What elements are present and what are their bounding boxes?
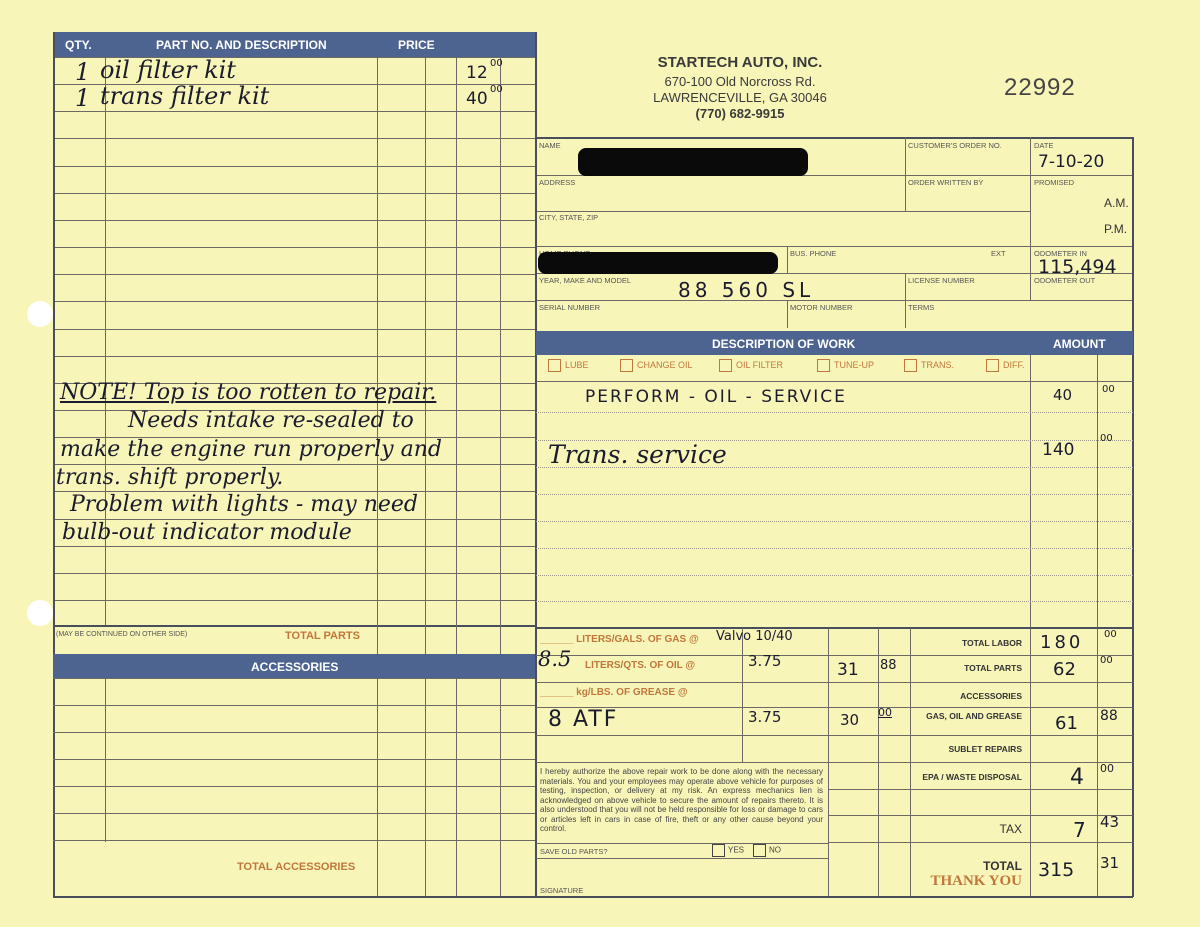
oil-rate: 3.75 bbox=[748, 652, 781, 670]
grid-line bbox=[53, 356, 535, 357]
gas-label: ______ LITERS/GALS. OF GAS @ bbox=[540, 634, 699, 645]
parts-header-bar: QTY. PART NO. AND DESCRIPTION PRICE bbox=[53, 32, 535, 57]
grand-total-dollars: 315 bbox=[1038, 859, 1074, 881]
grid-line bbox=[1097, 628, 1098, 896]
grid-line bbox=[53, 274, 535, 275]
save-parts-label: SAVE OLD PARTS? bbox=[540, 847, 608, 856]
checkbox-oil-filter[interactable]: OIL FILTER bbox=[719, 359, 783, 372]
vehicle-value: 88 560 SL bbox=[678, 278, 814, 302]
invoice-number: 22992 bbox=[1004, 74, 1076, 102]
sublet-repairs-label: SUBLET REPAIRS bbox=[880, 744, 1022, 754]
amount-header: AMOUNT bbox=[1053, 337, 1106, 351]
grid-line bbox=[878, 628, 879, 896]
am-label: A.M. bbox=[1104, 196, 1129, 210]
atf-dollars: 30 bbox=[840, 711, 859, 729]
grid-line bbox=[53, 786, 535, 787]
date-value: 7-10-20 bbox=[1038, 152, 1104, 172]
signature-label[interactable]: SIGNATURE bbox=[540, 886, 583, 895]
total-labor-cents: 00 bbox=[1104, 629, 1117, 640]
binder-hole bbox=[27, 301, 53, 327]
license-label: LICENSE NUMBER bbox=[908, 276, 975, 285]
qty-header: QTY. bbox=[65, 38, 92, 52]
grid-line bbox=[53, 193, 535, 194]
pm-label: P.M. bbox=[1104, 222, 1127, 236]
total-parts-cents: 00 bbox=[1100, 655, 1113, 666]
company-name: STARTECH AUTO, INC. bbox=[600, 54, 880, 71]
grid-line bbox=[828, 628, 829, 896]
grid-line bbox=[53, 600, 535, 601]
grid-line bbox=[536, 735, 1133, 736]
part-qty: 1 bbox=[75, 84, 90, 112]
tax-cents: 43 bbox=[1100, 813, 1119, 831]
binder-hole bbox=[27, 600, 53, 626]
grand-total-cents: 31 bbox=[1100, 854, 1119, 872]
grid-line bbox=[425, 57, 426, 897]
note-line: Problem with lights - may need bbox=[70, 492, 418, 517]
checkbox-icon bbox=[904, 359, 917, 372]
company-phone: (770) 682-9915 bbox=[600, 106, 880, 121]
promised-label: PROMISED bbox=[1034, 178, 1074, 187]
grid-line bbox=[53, 301, 535, 302]
checkbox-diff[interactable]: DIFF. bbox=[986, 359, 1025, 372]
grid-line bbox=[53, 813, 535, 814]
accessories-summary-label: ACCESSORIES bbox=[880, 691, 1022, 701]
grid-line bbox=[53, 166, 535, 167]
grid-line bbox=[53, 732, 535, 733]
grid-line bbox=[536, 682, 1133, 683]
grand-total-label: TOTAL bbox=[880, 859, 1022, 873]
work-line-cents: 00 bbox=[1100, 433, 1113, 444]
part-price-dollars: 40 bbox=[466, 89, 488, 109]
ext-label: EXT bbox=[991, 249, 1006, 258]
thank-you: THANK YOU bbox=[880, 873, 1022, 890]
company-address1: 670-100 Old Norcross Rd. bbox=[600, 74, 880, 89]
grid-line bbox=[53, 759, 535, 760]
work-header-bar: DESCRIPTION OF WORK AMOUNT bbox=[536, 331, 1133, 355]
atf-cents: 00 bbox=[878, 706, 892, 719]
grid-line bbox=[1030, 628, 1031, 896]
part-description: trans filter kit bbox=[100, 82, 269, 110]
grid-line bbox=[828, 815, 1133, 816]
grid-line bbox=[53, 896, 1133, 898]
customer-order-label: CUSTOMER'S ORDER NO. bbox=[908, 141, 1002, 150]
continued-note: (MAY BE CONTINUED ON OTHER SIDE) bbox=[56, 631, 187, 638]
grid-line bbox=[53, 220, 535, 221]
motor-label: MOTOR NUMBER bbox=[790, 303, 852, 312]
work-line-dollars: 140 bbox=[1042, 440, 1074, 460]
company-address2: LAWRENCEVILLE, GA 30046 bbox=[600, 90, 880, 105]
note-line: Needs intake re-sealed to bbox=[128, 408, 414, 433]
work-line-description: PERFORM - OIL - SERVICE bbox=[585, 387, 847, 407]
grid-line bbox=[53, 705, 535, 706]
price-header: PRICE bbox=[398, 38, 435, 52]
checkbox-icon bbox=[548, 359, 561, 372]
vehicle-label: YEAR, MAKE AND MODEL bbox=[539, 276, 631, 285]
accessories-header-bar: ACCESSORIES bbox=[53, 654, 535, 678]
grid-line bbox=[53, 32, 55, 897]
date-label: DATE bbox=[1034, 141, 1053, 150]
grid-line bbox=[53, 247, 535, 248]
terms-label: TERMS bbox=[908, 303, 934, 312]
city-state-zip-label: CITY, STATE, ZIP bbox=[539, 213, 598, 222]
grid-line bbox=[53, 840, 535, 841]
note-line: bulb-out indicator module bbox=[62, 520, 352, 545]
description-header: PART NO. AND DESCRIPTION bbox=[156, 38, 327, 52]
note-line: trans. shift properly. bbox=[56, 465, 283, 490]
order-written-by-label: ORDER WRITTEN BY bbox=[908, 178, 983, 187]
grid-line bbox=[536, 762, 1133, 763]
part-description: oil filter kit bbox=[100, 56, 236, 84]
grid-line bbox=[742, 628, 743, 762]
total-accessories-label: TOTAL ACCESSORIES bbox=[237, 861, 355, 873]
grid-line bbox=[456, 57, 457, 897]
part-qty: 1 bbox=[75, 58, 90, 86]
gas-oil-grease-cents: 88 bbox=[1100, 708, 1118, 724]
checkbox-icon bbox=[817, 359, 830, 372]
part-price-dollars: 12 bbox=[466, 63, 488, 83]
name-label: NAME bbox=[539, 141, 561, 150]
grid-line bbox=[53, 625, 535, 627]
grid-line bbox=[53, 573, 535, 574]
epa-cents: 00 bbox=[1100, 762, 1114, 775]
checkbox-icon bbox=[753, 844, 766, 857]
grid-line bbox=[53, 546, 535, 547]
gas-oil-grease-label: GAS, OIL AND GREASE bbox=[900, 711, 1022, 721]
grid-line bbox=[53, 678, 535, 679]
atf-rate: 3.75 bbox=[748, 708, 781, 726]
work-header: DESCRIPTION OF WORK bbox=[712, 337, 855, 351]
oil-qty: 8.5 bbox=[538, 647, 571, 671]
tax-label: TAX bbox=[880, 822, 1022, 836]
part-price-cents: 00 bbox=[490, 84, 503, 95]
address-label: ADDRESS bbox=[539, 178, 575, 187]
total-labor-dollars: 180 bbox=[1040, 632, 1083, 653]
grid-line bbox=[53, 329, 535, 330]
checkbox-change-oil[interactable]: CHANGE OIL bbox=[620, 359, 693, 372]
grease-label: ______ kg/LBS. OF GREASE @ bbox=[540, 687, 688, 698]
checkbox-tune-up[interactable]: TUNE-UP bbox=[817, 359, 874, 372]
grid-line bbox=[828, 789, 1133, 790]
checkbox-icon bbox=[986, 359, 999, 372]
checkbox-trans[interactable]: TRANS. bbox=[904, 359, 954, 372]
grid-line bbox=[377, 57, 378, 897]
save-parts-no[interactable]: NO bbox=[753, 844, 781, 857]
grid-line bbox=[536, 707, 1133, 708]
gas-oil-grease-dollars: 61 bbox=[1055, 713, 1078, 734]
note-line: make the engine run properly and bbox=[60, 437, 442, 462]
work-line-dollars: 40 bbox=[1053, 386, 1072, 404]
tax-dollars: 7 bbox=[1073, 818, 1086, 842]
odometer-in-value: 115,494 bbox=[1038, 256, 1117, 278]
total-parts-summary-label: TOTAL PARTS bbox=[880, 663, 1022, 673]
grid-line bbox=[536, 655, 1133, 656]
accessories-header: ACCESSORIES bbox=[251, 660, 338, 674]
home-phone-redacted bbox=[538, 252, 778, 274]
checkbox-icon bbox=[719, 359, 732, 372]
checkbox-lube[interactable]: LUBE bbox=[548, 359, 589, 372]
save-parts-yes[interactable]: YES bbox=[712, 844, 744, 857]
checkbox-icon bbox=[620, 359, 633, 372]
bus-phone-label: BUS. PHONE bbox=[790, 249, 836, 258]
gas-note: Valvo 10/40 bbox=[716, 629, 793, 644]
total-parts-label: TOTAL PARTS bbox=[285, 630, 360, 642]
atf-description: 8 ATF bbox=[548, 707, 618, 732]
total-labor-label: TOTAL LABOR bbox=[880, 638, 1022, 648]
grid-line bbox=[53, 111, 535, 112]
total-parts-dollars: 62 bbox=[1053, 659, 1076, 680]
serial-label: SERIAL NUMBER bbox=[539, 303, 600, 312]
grid-line bbox=[53, 138, 535, 139]
epa-waste-disposal-label: EPA / WASTE DISPOSAL bbox=[880, 772, 1022, 782]
work-line-description: Trans. service bbox=[548, 440, 727, 469]
work-line-cents: 00 bbox=[1102, 384, 1115, 395]
odometer-out-label: ODOMETER OUT bbox=[1034, 276, 1095, 285]
grid-line bbox=[828, 842, 1133, 843]
authorization-text: I hereby authorize the above repair work… bbox=[540, 767, 823, 834]
part-price-cents: 00 bbox=[490, 58, 503, 69]
checkbox-icon bbox=[712, 844, 725, 857]
grid-line bbox=[500, 57, 501, 897]
repair-order-form: QTY. PART NO. AND DESCRIPTION PRICE 1 oi… bbox=[0, 0, 1200, 927]
grid-line bbox=[105, 678, 106, 842]
epa-dollars: 4 bbox=[1070, 765, 1084, 790]
oil-dollars: 31 bbox=[837, 660, 859, 680]
oil-label: LITERS/QTS. OF OIL @ bbox=[585, 660, 695, 671]
name-redacted bbox=[578, 148, 808, 176]
note-line: NOTE! Top is too rotten to repair. bbox=[60, 380, 436, 405]
